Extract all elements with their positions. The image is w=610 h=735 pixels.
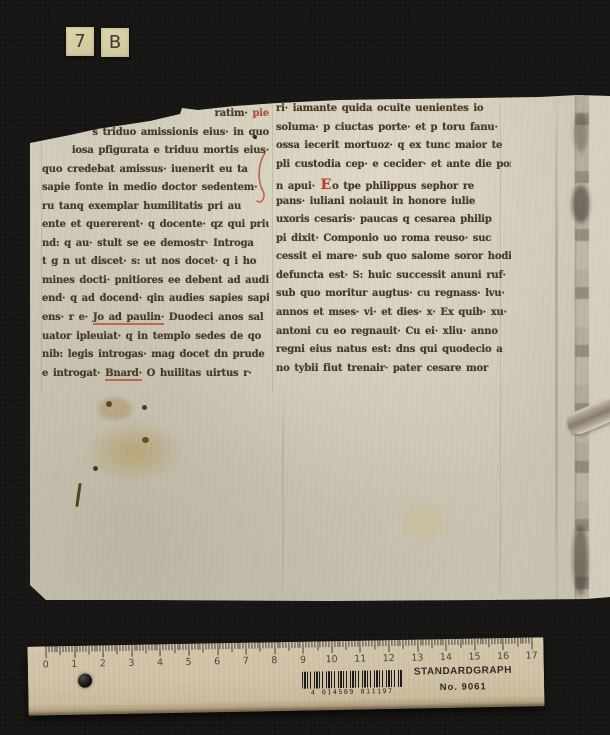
manuscript-line: soluma· p ciuctas porte· et p toru fanu· bbox=[276, 122, 511, 141]
ruler-brand-label: STANDARDGRAPH bbox=[388, 664, 538, 678]
manuscript-line: nib: legis introgas· mag docet dn prude bbox=[42, 349, 269, 368]
ruler-tick bbox=[503, 638, 504, 650]
ruler-tick bbox=[171, 644, 172, 650]
ruler-tick bbox=[183, 644, 184, 650]
ink-speck bbox=[93, 466, 98, 471]
ruler-tick bbox=[277, 642, 278, 648]
ruler-tick bbox=[483, 638, 484, 644]
ruler-tick bbox=[68, 646, 69, 652]
ruler-tick bbox=[283, 642, 284, 648]
manuscript-line: uxoris cesaris· paucas q cesarea philip bbox=[276, 214, 511, 233]
ruler-tick bbox=[240, 643, 241, 649]
ruler-tick bbox=[414, 640, 415, 646]
manuscript-line: ente et quererent· q docente· qz qui pri… bbox=[42, 219, 269, 238]
ruler-tick bbox=[500, 638, 501, 644]
ruler-tick bbox=[128, 645, 129, 651]
ruler-tick bbox=[208, 643, 209, 649]
ruler-tick bbox=[94, 645, 95, 651]
ruler-tick bbox=[71, 646, 72, 652]
ruler-tick bbox=[131, 645, 132, 657]
ruler-tick bbox=[411, 640, 412, 646]
ruler-tick bbox=[114, 645, 115, 651]
ruler-tick bbox=[188, 644, 189, 656]
fold-grime-knot bbox=[572, 185, 590, 223]
ruler-tick bbox=[423, 639, 424, 645]
ruler-tick bbox=[486, 638, 487, 644]
ruler-tick bbox=[274, 642, 275, 654]
ruler-tick bbox=[263, 642, 264, 648]
ruler-tick bbox=[340, 641, 341, 647]
manuscript-line: n apui· Eo tpe philippus sephor re bbox=[276, 177, 511, 196]
ruler-tick bbox=[506, 638, 507, 644]
shelfmark-plaque-number: 7 bbox=[66, 27, 94, 56]
ink-speck bbox=[106, 401, 112, 407]
ruler-tick bbox=[443, 639, 444, 645]
manuscript-line: sapie fonte in medio doctor sedentem· bbox=[42, 182, 269, 201]
ruler-tick bbox=[228, 643, 229, 649]
ruler-tick bbox=[323, 641, 324, 647]
ruler-tick bbox=[125, 645, 126, 651]
manuscript-line: regni eius natus est: dns qui quodecio a bbox=[276, 344, 511, 363]
ruler-tick bbox=[334, 641, 335, 647]
ruler-tick bbox=[351, 641, 352, 647]
ruler-tick bbox=[117, 645, 118, 654]
ruler-tick bbox=[300, 642, 301, 648]
ruler-number: 13 bbox=[411, 652, 423, 663]
ruler-tick bbox=[363, 641, 364, 647]
ruler-tick bbox=[348, 641, 349, 647]
ruler-tick bbox=[91, 646, 92, 652]
ruler-tick bbox=[191, 644, 192, 650]
ruler-tick bbox=[245, 643, 246, 655]
ruler-tick bbox=[157, 644, 158, 650]
ruler-tick bbox=[434, 639, 435, 645]
ruler-tick bbox=[123, 645, 124, 651]
ruler-tick bbox=[65, 646, 66, 652]
ruler-tick bbox=[374, 640, 375, 649]
ruler-tick bbox=[480, 638, 481, 644]
ruler-number: 8 bbox=[271, 655, 277, 666]
ruler-tick bbox=[177, 644, 178, 650]
ruler-number: 16 bbox=[497, 651, 509, 662]
ruler-number: 12 bbox=[383, 653, 395, 664]
ruler-tick bbox=[271, 642, 272, 648]
shelfmark-plaque-letter: B bbox=[101, 28, 129, 57]
ruler-tick bbox=[288, 642, 289, 651]
rubric-underline: Jo ad paulin· bbox=[93, 312, 164, 325]
text-column-left: ratim· pies triduo amissionis eius· in q… bbox=[42, 108, 269, 388]
rubric-underline: Bnard· bbox=[105, 368, 142, 381]
manuscript-line: e introgat· Bnard· O huilitas uirtus r· bbox=[42, 368, 269, 387]
manuscript-line: pans· iuliani noiauit in honore iulie bbox=[276, 196, 511, 215]
manuscript-line: t g n ut discet· s: ut nos docet· q i ho bbox=[42, 256, 269, 275]
ruler-tick bbox=[357, 641, 358, 647]
ruler-tick bbox=[383, 640, 384, 646]
ruler-tick bbox=[151, 644, 152, 650]
ruler-tick bbox=[474, 639, 475, 651]
ruler-tick bbox=[260, 642, 261, 651]
rubric-initial: E bbox=[320, 177, 332, 193]
ruler: 01234567891011121314151617 4 014509 0111… bbox=[27, 637, 544, 715]
ruler-number: 15 bbox=[468, 651, 480, 662]
ruler-tick bbox=[205, 643, 206, 649]
ruler-tick bbox=[403, 640, 404, 649]
ruler-number: 9 bbox=[300, 655, 306, 666]
ruler-tick bbox=[463, 639, 464, 645]
ruler-tick bbox=[197, 644, 198, 650]
ruler-tick bbox=[120, 645, 121, 651]
manuscript-line: cessit ei mare· sub quo salome soror hod… bbox=[276, 251, 511, 270]
ruler-tick bbox=[494, 638, 495, 644]
ruler-tick bbox=[311, 642, 312, 648]
ruler-tick bbox=[163, 644, 164, 650]
ruler-tick bbox=[251, 643, 252, 649]
parchment-leaf: ratim· pies triduo amissionis eius· in q… bbox=[30, 95, 610, 602]
ruler-tick bbox=[74, 646, 75, 658]
ruler-tick bbox=[88, 646, 89, 655]
manuscript-line: s triduo amissionis eius· in quo bbox=[42, 127, 269, 146]
ruler-tick bbox=[388, 640, 389, 652]
ruler-tick bbox=[531, 637, 532, 649]
stain-yellow bbox=[88, 423, 180, 481]
ruler-tick bbox=[203, 644, 204, 653]
ruler-number: 2 bbox=[100, 658, 106, 669]
conjoint-leaf-edge bbox=[589, 95, 610, 600]
ruler-tick bbox=[168, 644, 169, 650]
ruler-tick bbox=[446, 639, 447, 651]
ruler-tick bbox=[143, 645, 144, 651]
manuscript-line: defuncta est· S: huic successit anuni ru… bbox=[276, 270, 511, 289]
ruler-tick bbox=[85, 646, 86, 652]
ruler-number: 4 bbox=[157, 657, 163, 668]
ruler-tick bbox=[511, 638, 512, 644]
ruler-tick bbox=[254, 643, 255, 649]
ruler-tick bbox=[180, 644, 181, 650]
ink-speck bbox=[142, 405, 147, 410]
ruler-tick bbox=[377, 640, 378, 646]
ruler-tick bbox=[145, 645, 146, 654]
ruler-tick bbox=[417, 640, 418, 652]
ruler-tick bbox=[468, 639, 469, 645]
manuscript-line: ru tanq exemplar humilitatis pri au bbox=[42, 201, 269, 220]
ruler-tick bbox=[457, 639, 458, 645]
ruler-tick bbox=[366, 641, 367, 647]
ruler-tick bbox=[280, 642, 281, 648]
ruler-tick bbox=[108, 645, 109, 651]
manuscript-line: ratim· pie bbox=[42, 108, 269, 127]
ruler-tick bbox=[165, 644, 166, 650]
plaque-letter-label: B bbox=[109, 32, 121, 53]
ruler-tick bbox=[297, 642, 298, 648]
rubric-text: pie bbox=[252, 108, 269, 119]
manuscript-line: no tybii fiut trenair· pater cesare mor bbox=[276, 363, 511, 382]
manuscript-line: uator ipleuiat· q in templo sedes de qo bbox=[42, 331, 269, 350]
fold-grime-strip bbox=[575, 95, 589, 600]
ruler-tick bbox=[437, 639, 438, 645]
ruler-tick bbox=[100, 645, 101, 651]
ruler-tick bbox=[265, 642, 266, 648]
ruling-line-intercolumn bbox=[272, 105, 273, 393]
ruler-number: 1 bbox=[71, 659, 77, 670]
ruler-tick bbox=[426, 639, 427, 645]
ruler-number: 7 bbox=[243, 656, 249, 667]
ruler-number: 14 bbox=[440, 652, 452, 663]
manuscript-line: annos et mses· vi· et dies· x· Ex quib· … bbox=[276, 307, 511, 326]
manuscript-line: nd: q au· stult se ee demostr· Introga bbox=[42, 238, 269, 257]
ruler-tick bbox=[528, 638, 529, 644]
ruler-tick bbox=[248, 643, 249, 649]
ruler-tick bbox=[520, 638, 521, 644]
ruler-model-label: No. 9061 bbox=[388, 680, 538, 694]
ruler-tick bbox=[234, 643, 235, 649]
ruler-tick bbox=[400, 640, 401, 646]
ruler-tick bbox=[508, 638, 509, 644]
ruler-tick bbox=[111, 645, 112, 651]
parchment-crease bbox=[555, 97, 558, 599]
ruler-tick bbox=[231, 643, 232, 652]
stain-light bbox=[402, 505, 446, 539]
ruler-tick bbox=[440, 639, 441, 645]
ruler-tick bbox=[317, 641, 318, 650]
ruler-tick bbox=[45, 646, 46, 658]
ruler-tick bbox=[140, 645, 141, 651]
ruler-tick bbox=[397, 640, 398, 646]
ruler-tick bbox=[408, 640, 409, 646]
manuscript-line: ens· r e· Jo ad paulin· Duodeci anos sal bbox=[42, 312, 269, 331]
ruler-number: 3 bbox=[128, 658, 134, 669]
ruler-tick bbox=[80, 646, 81, 652]
ruler-tick bbox=[391, 640, 392, 646]
ruler-tick bbox=[97, 645, 98, 651]
ruler-tick bbox=[160, 644, 161, 656]
ruler-tick bbox=[268, 642, 269, 648]
manuscript-line: end· q ad docend· qin audies sapies sapi bbox=[42, 293, 269, 312]
ruler-tick bbox=[220, 643, 221, 649]
manuscript-line: antoni cu eo regnauit· Cu ei· xliu· anno bbox=[276, 326, 511, 345]
ruler-tick bbox=[54, 646, 55, 652]
ruler-number: 0 bbox=[43, 659, 49, 670]
ruler-tick bbox=[343, 641, 344, 647]
photo-of-manuscript: 7 B ratim· pies triduo amissionis eius· … bbox=[0, 0, 610, 735]
ruler-tick bbox=[291, 642, 292, 648]
ruler-hanging-hole bbox=[78, 674, 92, 688]
ruler-tick bbox=[523, 638, 524, 644]
fold-grime-lower bbox=[573, 525, 588, 595]
ruler-ticks bbox=[27, 637, 543, 646]
ruler-tick bbox=[320, 641, 321, 647]
ruler-tick bbox=[371, 640, 372, 646]
ruler-tick bbox=[63, 646, 64, 652]
ruler-tick bbox=[368, 640, 369, 646]
manuscript-line: ossa iecerit mortuoz· q ex tunc maior te bbox=[276, 140, 511, 159]
ruler-tick bbox=[514, 638, 515, 644]
manuscript-line: iosa pfigurata e triduu mortis eius· bbox=[42, 145, 269, 164]
ruler-tick bbox=[326, 641, 327, 647]
ruler-tick bbox=[460, 639, 461, 648]
ruler-tick bbox=[466, 639, 467, 645]
ruler-tick bbox=[217, 643, 218, 655]
plaque-number-label: 7 bbox=[74, 31, 85, 52]
ruler-tick bbox=[83, 646, 84, 652]
ruler-tick bbox=[306, 642, 307, 648]
ruler-tick bbox=[303, 642, 304, 654]
ruler-tick bbox=[314, 641, 315, 647]
ruler-tick bbox=[451, 639, 452, 645]
ruler-tick bbox=[328, 641, 329, 647]
ruler-tick bbox=[57, 646, 58, 652]
text-column-right: ri· iamante quida ocuite uenientes iosol… bbox=[276, 103, 511, 385]
ink-speck bbox=[178, 104, 181, 107]
ruler-number: 10 bbox=[325, 654, 337, 665]
ruler-number: 11 bbox=[354, 654, 366, 665]
ruler-tick bbox=[448, 639, 449, 645]
ruler-tick bbox=[406, 640, 407, 646]
ruler-tick bbox=[200, 644, 201, 650]
ruler-tick bbox=[471, 639, 472, 645]
ruler-tick bbox=[223, 643, 224, 649]
ruler-tick bbox=[346, 641, 347, 650]
parchment-crease-small bbox=[282, 387, 284, 599]
ruler-tick bbox=[154, 644, 155, 650]
ruler-tick bbox=[51, 646, 52, 652]
ruler-number: 5 bbox=[186, 657, 192, 668]
manuscript-line: pi dixit· Componio uo roma reuso· suc bbox=[276, 233, 511, 252]
ruler-tick bbox=[134, 645, 135, 651]
ruler-tick bbox=[517, 638, 518, 647]
ruler-number: 17 bbox=[526, 650, 538, 661]
manuscript-line: ri· iamante quida ocuite uenientes io bbox=[276, 103, 511, 122]
ruler-tick bbox=[194, 644, 195, 650]
ruler-tick bbox=[214, 643, 215, 649]
ruler-tick bbox=[137, 645, 138, 651]
ruler-tick bbox=[488, 638, 489, 647]
stain-yellow-small bbox=[98, 398, 132, 420]
ruler-tick bbox=[431, 639, 432, 648]
ruler-tick bbox=[225, 643, 226, 649]
ruler-tick bbox=[103, 645, 104, 657]
ruler-tick bbox=[420, 640, 421, 646]
ruler-tick bbox=[148, 644, 149, 650]
fold-grime-upper bbox=[574, 113, 588, 153]
ruler-tick bbox=[360, 641, 361, 653]
ruler-tick bbox=[60, 646, 61, 655]
ruler-tick bbox=[77, 646, 78, 652]
manuscript-line: mines docti· pnitiores ee debent ad audi bbox=[42, 275, 269, 294]
ink-speck bbox=[142, 437, 149, 443]
ruler-tick bbox=[105, 645, 106, 651]
ruler-tick bbox=[491, 638, 492, 644]
ruler-tick bbox=[386, 640, 387, 646]
ruler-tick bbox=[380, 640, 381, 646]
ruler-tick bbox=[257, 643, 258, 649]
ruler-tick bbox=[477, 638, 478, 644]
ruler-tick bbox=[354, 641, 355, 647]
ruler-number: 6 bbox=[214, 656, 220, 667]
ruler-tick bbox=[185, 644, 186, 650]
ruler-tick bbox=[337, 641, 338, 647]
ruler-tick bbox=[285, 642, 286, 648]
ruler-tick bbox=[428, 639, 429, 645]
ruler-tick bbox=[243, 643, 244, 649]
manuscript-line: pli custodia cep· e cecider· et ante die… bbox=[276, 159, 511, 178]
ruler-tick bbox=[48, 646, 49, 652]
manuscript-line: sub quo moritur augtus· cu regnass· lvu· bbox=[276, 288, 511, 307]
ruler-tick bbox=[454, 639, 455, 645]
ruler-tick bbox=[526, 638, 527, 644]
ruler-tick bbox=[331, 641, 332, 653]
ruler-tick bbox=[308, 642, 309, 648]
ruler-tick bbox=[394, 640, 395, 646]
ruler-tick bbox=[497, 638, 498, 644]
ruler-tick bbox=[211, 643, 212, 649]
ruler-tick bbox=[237, 643, 238, 649]
ruler-tick bbox=[174, 644, 175, 653]
manuscript-line: quo credebat amissus· iuenerit eu ta bbox=[42, 164, 269, 183]
ruler-tick bbox=[294, 642, 295, 648]
